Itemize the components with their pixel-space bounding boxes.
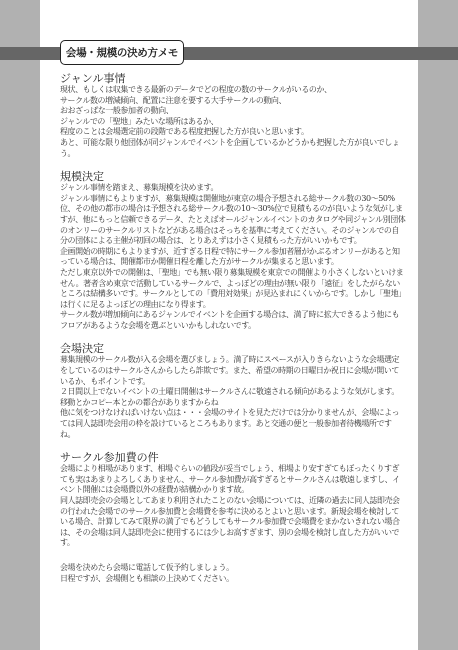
paragraph: 程度のことは会場選定前の段階である程度把握した方が良いと思います。	[60, 127, 406, 138]
paragraph: ただし東京以外での開催は、「聖地」でも無い限り募集規模を東京での開催より小さくし…	[60, 268, 406, 310]
paragraph: 他に気をつけなければいけない点は・・・会場のサイトを見ただけでは分かりませんが、…	[60, 408, 406, 440]
paragraph: 会場を決めたら会場に電話して仮予約しましょう。	[60, 563, 406, 574]
paragraph: 企画開始の時期にもよりますが、近すぎる日程で特にサークル参加者層がかぶるオンリー…	[60, 247, 406, 268]
closing-notes: 会場を決めたら会場に電話して仮予約しましょう。 日程ですが、会場側とも相談の上決…	[60, 563, 406, 584]
section-venue: 会場決定 募集規模のサークル数が入る会場を選びましょう。満了時にスペースが入りき…	[60, 342, 406, 440]
paragraph: 同人誌即売会の会場としてあまり利用されたことのない会場については、近隣の過去に同…	[60, 496, 406, 549]
section-heading: 会場決定	[60, 342, 406, 355]
paragraph: 日程ですが、会場側とも相談の上決めてください。	[60, 574, 406, 585]
paragraph: あと、可能な限り他団体が同ジャンルでイベントを企画しているかどうかも把握した方が…	[60, 138, 406, 159]
section-heading: サークル参加費の件	[60, 451, 406, 464]
paragraph: 会場により相場があります、相場ぐらいの値段が妥当でしょう、相場より安すぎてもぼっ…	[60, 464, 406, 496]
paragraph: ２日間以上でないイベントの土曜日開催はサークルさんに敬遠される傾向があるような気…	[60, 387, 406, 408]
paragraph: 募集規模のサークル数が入る会場を選びましょう。満了時にスペースが入りきらないよう…	[60, 355, 406, 387]
paragraph: ジャンル事情にもよりますが、募集規模は開催地が東京の場合予想される総サークル数の…	[60, 194, 406, 247]
paragraph: おおざっぱな一般参加者の動向、	[60, 106, 406, 117]
section-heading: ジャンル事情	[60, 72, 406, 85]
paragraph: ジャンル事情を踏まえ、募集規模を決めます。	[60, 183, 406, 194]
section-heading: 規模決定	[60, 170, 406, 183]
document-body: ジャンル事情 現状、もしくは収集できる最新のデータでどの程度の数のサークルがいる…	[60, 72, 406, 595]
section-scale: 規模決定 ジャンル事情を踏まえ、募集規模を決めます。 ジャンル事情にもよりますが…	[60, 170, 406, 331]
paragraph: サークル数の増減傾向、配置に注意を要する大手サークルの動向、	[60, 96, 406, 107]
section-genre: ジャンル事情 現状、もしくは収集できる最新のデータでどの程度の数のサークルがいる…	[60, 72, 406, 159]
section-fee: サークル参加費の件 会場により相場があります、相場ぐらいの値段が妥当でしょう、相…	[60, 451, 406, 584]
paragraph: サークル数が増加傾向にあるジャンルでイベントを企画する場合は、満了時に拡大できる…	[60, 310, 406, 331]
paragraph: ジャンルでの「聖地」みたいな場所はあるか、	[60, 117, 406, 128]
paragraph: 現状、もしくは収集できる最新のデータでどの程度の数のサークルがいるのか、	[60, 85, 406, 96]
page-title: 会場・規模の決め方メモ	[60, 40, 184, 65]
